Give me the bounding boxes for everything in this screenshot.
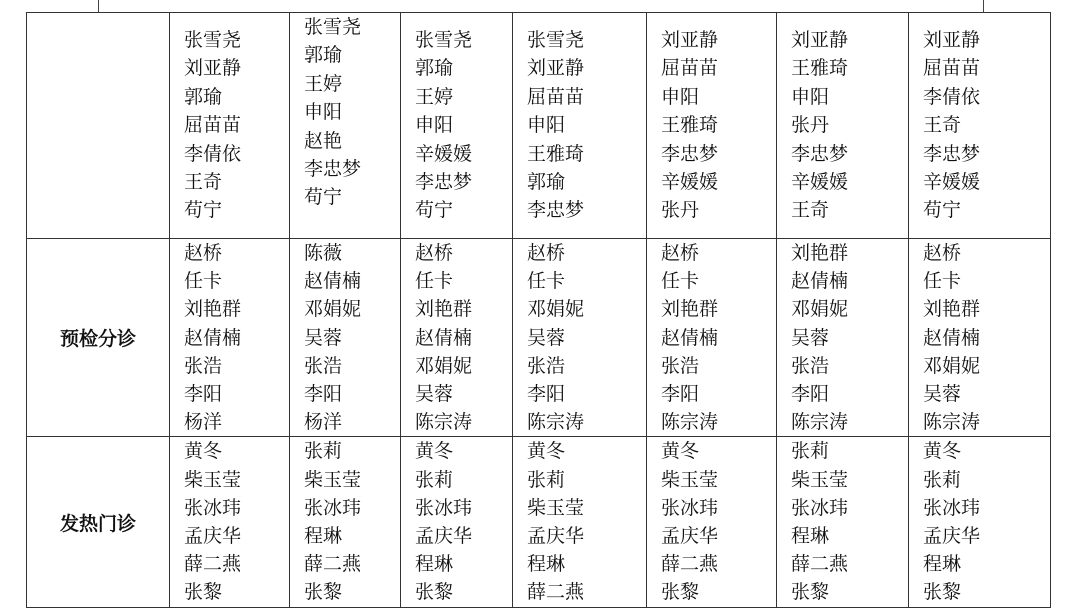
staff-name: 程琳 (527, 550, 646, 578)
staff-name: 刘亚静 (923, 26, 1050, 54)
staff-name: 赵倩楠 (661, 324, 776, 352)
staff-name: 李忠梦 (923, 140, 1050, 168)
staff-name: 赵倩楠 (415, 324, 512, 352)
staff-name: 程琳 (415, 550, 512, 578)
staff-name: 程琳 (791, 522, 908, 550)
staff-name: 陈宗涛 (923, 408, 1050, 436)
name-list: 张莉柴玉莹张冰玮程琳薛二燕张黎 (777, 437, 908, 606)
staff-name: 黄冬 (184, 437, 289, 465)
staff-name: 屈苗苗 (661, 54, 776, 82)
staff-name: 王奇 (791, 196, 908, 224)
staff-name: 屈苗苗 (184, 111, 289, 139)
staff-name: 柴玉莹 (791, 466, 908, 494)
staff-name: 邓娟妮 (791, 295, 908, 323)
staff-name: 薛二燕 (527, 578, 646, 606)
staff-name: 陈薇 (304, 239, 400, 267)
staff-name: 赵倩楠 (923, 324, 1050, 352)
schedule-cell: 黄冬张莉柴玉莹孟庆华程琳薛二燕 (513, 437, 647, 608)
staff-name: 辛媛媛 (661, 168, 776, 196)
staff-name: 孟庆华 (184, 522, 289, 550)
staff-name: 吴蓉 (791, 324, 908, 352)
schedule-cell: 张雪尧郭瑜王婷申阳辛媛媛李忠梦苟宁 (401, 13, 513, 239)
staff-name: 张莉 (527, 466, 646, 494)
staff-name: 李忠梦 (661, 140, 776, 168)
schedule-cell: 张雪尧刘亚静郭瑜屈苗苗李倩依王奇苟宁 (170, 13, 290, 239)
staff-name: 刘艳群 (791, 239, 908, 267)
staff-name: 李阳 (184, 380, 289, 408)
staff-name: 刘艳群 (923, 295, 1050, 323)
name-list: 刘艳群赵倩楠邓娟妮吴蓉张浩李阳陈宗涛 (777, 239, 908, 436)
staff-name: 李忠梦 (527, 196, 646, 224)
staff-name: 任卡 (661, 267, 776, 295)
staff-name: 张雪尧 (415, 26, 512, 54)
staff-name: 孟庆华 (415, 522, 512, 550)
staff-name: 苟宁 (304, 183, 400, 211)
staff-name: 赵艳 (304, 127, 400, 155)
schedule-cell: 黄冬柴玉莹张冰玮孟庆华薛二燕张黎 (647, 437, 777, 608)
schedule-cell: 黄冬柴玉莹张冰玮孟庆华薛二燕张黎 (170, 437, 290, 608)
schedule-cell: 张莉柴玉莹张冰玮程琳薛二燕张黎 (290, 437, 401, 608)
staff-name: 柴玉莹 (304, 466, 400, 494)
schedule-cell: 刘亚静屈苗苗申阳王雅琦李忠梦辛媛媛张丹 (647, 13, 777, 239)
staff-name: 薛二燕 (661, 550, 776, 578)
schedule-cell: 赵桥任卡刘艳群赵倩楠邓娟妮吴蓉陈宗涛 (909, 239, 1051, 437)
staff-name: 黄冬 (415, 437, 512, 465)
staff-name: 辛媛媛 (415, 140, 512, 168)
staff-name: 申阳 (527, 111, 646, 139)
top-border-line-right (983, 0, 984, 12)
staff-name: 赵倩楠 (184, 324, 289, 352)
staff-name: 李阳 (527, 380, 646, 408)
staff-name: 张雪尧 (304, 13, 400, 41)
staff-name: 李阳 (791, 380, 908, 408)
staff-name: 申阳 (661, 83, 776, 111)
name-list: 陈薇赵倩楠邓娟妮吴蓉张浩李阳杨洋 (290, 239, 400, 436)
staff-name: 张冰玮 (923, 494, 1050, 522)
schedule-cell: 赵桥任卡刘艳群赵倩楠邓娟妮吴蓉陈宗涛 (401, 239, 513, 437)
staff-name: 黄冬 (923, 437, 1050, 465)
name-list: 黄冬张莉柴玉莹孟庆华程琳薛二燕 (513, 437, 646, 606)
staff-name: 王雅琦 (661, 111, 776, 139)
name-list: 赵桥任卡刘艳群赵倩楠张浩李阳杨洋 (170, 239, 289, 436)
staff-name: 刘艳群 (184, 295, 289, 323)
staff-name: 刘亚静 (791, 26, 908, 54)
staff-name: 孟庆华 (661, 522, 776, 550)
staff-name: 程琳 (923, 550, 1050, 578)
staff-name: 张黎 (304, 578, 400, 606)
staff-name: 李忠梦 (791, 140, 908, 168)
staff-name: 赵桥 (527, 239, 646, 267)
name-list: 赵桥任卡刘艳群赵倩楠邓娟妮吴蓉陈宗涛 (401, 239, 512, 436)
staff-name: 屈苗苗 (527, 83, 646, 111)
staff-name: 赵倩楠 (304, 267, 400, 295)
staff-name: 张冰玮 (415, 494, 512, 522)
schedule-cell: 刘艳群赵倩楠邓娟妮吴蓉张浩李阳陈宗涛 (777, 239, 909, 437)
name-list: 黄冬柴玉莹张冰玮孟庆华薛二燕张黎 (647, 437, 776, 606)
name-list: 黄冬张莉张冰玮孟庆华程琳张黎 (401, 437, 512, 606)
name-list: 赵桥任卡刘艳群赵倩楠邓娟妮吴蓉陈宗涛 (909, 239, 1050, 436)
staff-name: 吴蓉 (304, 324, 400, 352)
staff-name: 张黎 (791, 578, 908, 606)
staff-name: 张莉 (415, 466, 512, 494)
staff-name: 张冰玮 (661, 494, 776, 522)
staff-name: 邓娟妮 (415, 352, 512, 380)
staff-name: 张浩 (527, 352, 646, 380)
schedule-row: 张雪尧刘亚静郭瑜屈苗苗李倩依王奇苟宁张雪尧郭瑜王婷申阳赵艳李忠梦苟宁张雪尧郭瑜王… (27, 13, 1051, 239)
schedule-cell: 赵桥任卡邓娟妮吴蓉张浩李阳陈宗涛 (513, 239, 647, 437)
staff-name: 赵桥 (661, 239, 776, 267)
staff-name: 张莉 (304, 437, 400, 465)
staff-name: 李阳 (661, 380, 776, 408)
staff-name: 郭瑜 (304, 41, 400, 69)
name-list: 赵桥任卡邓娟妮吴蓉张浩李阳陈宗涛 (513, 239, 646, 436)
staff-name: 王婷 (304, 70, 400, 98)
staff-name: 张莉 (923, 466, 1050, 494)
staff-name: 邓娟妮 (304, 295, 400, 323)
staff-name: 程琳 (304, 522, 400, 550)
staff-name: 邓娟妮 (527, 295, 646, 323)
staff-name: 吴蓉 (415, 380, 512, 408)
staff-name: 任卡 (415, 267, 512, 295)
staff-name: 杨洋 (184, 408, 289, 436)
row-label: 预检分诊 (27, 239, 170, 437)
staff-name: 刘亚静 (527, 54, 646, 82)
staff-name: 孟庆华 (923, 522, 1050, 550)
top-border-line-left (98, 0, 99, 12)
staff-name: 王奇 (184, 168, 289, 196)
staff-name: 郭瑜 (527, 168, 646, 196)
schedule-cell: 张莉柴玉莹张冰玮程琳薛二燕张黎 (777, 437, 909, 608)
staff-name: 郭瑜 (415, 54, 512, 82)
staff-name: 赵桥 (415, 239, 512, 267)
schedule-cell: 黄冬张莉张冰玮孟庆华程琳张黎 (909, 437, 1051, 608)
staff-name: 柴玉莹 (527, 494, 646, 522)
staff-name: 王奇 (923, 111, 1050, 139)
schedule-cell: 刘亚静王雅琦申阳张丹李忠梦辛媛媛王奇 (777, 13, 909, 239)
staff-name: 辛媛媛 (791, 168, 908, 196)
staff-name: 张浩 (304, 352, 400, 380)
schedule-cell: 赵桥任卡刘艳群赵倩楠张浩李阳陈宗涛 (647, 239, 777, 437)
staff-name: 张浩 (791, 352, 908, 380)
staff-name: 刘艳群 (415, 295, 512, 323)
staff-name: 张丹 (791, 111, 908, 139)
name-list: 刘亚静王雅琦申阳张丹李忠梦辛媛媛王奇 (777, 13, 908, 225)
staff-name: 杨洋 (304, 408, 400, 436)
staff-name: 薛二燕 (791, 550, 908, 578)
staff-name: 苟宁 (184, 196, 289, 224)
staff-name: 赵桥 (923, 239, 1050, 267)
staff-name: 辛媛媛 (923, 168, 1050, 196)
staff-name: 苟宁 (415, 196, 512, 224)
name-list: 张雪尧郭瑜王婷申阳辛媛媛李忠梦苟宁 (401, 13, 512, 225)
staff-name: 柴玉莹 (184, 466, 289, 494)
staff-name: 张浩 (184, 352, 289, 380)
staff-name: 陈宗涛 (791, 408, 908, 436)
staff-name: 苟宁 (923, 196, 1050, 224)
staff-name: 王婷 (415, 83, 512, 111)
name-list: 张雪尧刘亚静屈苗苗申阳王雅琦郭瑜李忠梦 (513, 13, 646, 225)
staff-name: 陈宗涛 (415, 408, 512, 436)
schedule-row: 预检分诊赵桥任卡刘艳群赵倩楠张浩李阳杨洋陈薇赵倩楠邓娟妮吴蓉张浩李阳杨洋赵桥任卡… (27, 239, 1051, 437)
row-label (27, 13, 170, 239)
name-list: 张雪尧刘亚静郭瑜屈苗苗李倩依王奇苟宁 (170, 13, 289, 225)
name-list: 黄冬张莉张冰玮孟庆华程琳张黎 (909, 437, 1050, 606)
schedule-cell: 赵桥任卡刘艳群赵倩楠张浩李阳杨洋 (170, 239, 290, 437)
staff-name: 张雪尧 (184, 26, 289, 54)
row-label: 发热门诊 (27, 437, 170, 608)
staff-name: 柴玉莹 (661, 466, 776, 494)
staff-name: 张黎 (415, 578, 512, 606)
staff-name: 张莉 (791, 437, 908, 465)
staff-name: 邓娟妮 (923, 352, 1050, 380)
staff-name: 张丹 (661, 196, 776, 224)
name-list: 赵桥任卡刘艳群赵倩楠张浩李阳陈宗涛 (647, 239, 776, 436)
staff-name: 任卡 (184, 267, 289, 295)
staff-name: 申阳 (415, 111, 512, 139)
staff-name: 张黎 (923, 578, 1050, 606)
schedule-table: 张雪尧刘亚静郭瑜屈苗苗李倩依王奇苟宁张雪尧郭瑜王婷申阳赵艳李忠梦苟宁张雪尧郭瑜王… (26, 12, 1051, 608)
staff-name: 李倩依 (184, 140, 289, 168)
schedule-cell: 黄冬张莉张冰玮孟庆华程琳张黎 (401, 437, 513, 608)
staff-name: 李倩依 (923, 83, 1050, 111)
staff-name: 张雪尧 (527, 26, 646, 54)
staff-name: 任卡 (527, 267, 646, 295)
staff-name: 李忠梦 (415, 168, 512, 196)
staff-name: 赵桥 (184, 239, 289, 267)
staff-name: 申阳 (304, 98, 400, 126)
staff-name: 刘亚静 (184, 54, 289, 82)
schedule-cell: 陈薇赵倩楠邓娟妮吴蓉张浩李阳杨洋 (290, 239, 401, 437)
name-list: 刘亚静屈苗苗李倩依王奇李忠梦辛媛媛苟宁 (909, 13, 1050, 225)
schedule-cell: 刘亚静屈苗苗李倩依王奇李忠梦辛媛媛苟宁 (909, 13, 1051, 239)
staff-name: 张冰玮 (791, 494, 908, 522)
staff-name: 黄冬 (527, 437, 646, 465)
staff-name: 任卡 (923, 267, 1050, 295)
staff-name: 陈宗涛 (661, 408, 776, 436)
staff-name: 张黎 (184, 578, 289, 606)
staff-name: 张黎 (661, 578, 776, 606)
schedule-row: 发热门诊黄冬柴玉莹张冰玮孟庆华薛二燕张黎张莉柴玉莹张冰玮程琳薛二燕张黎黄冬张莉张… (27, 437, 1051, 608)
staff-name: 吴蓉 (527, 324, 646, 352)
staff-name: 薛二燕 (184, 550, 289, 578)
schedule-cell: 张雪尧郭瑜王婷申阳赵艳李忠梦苟宁 (290, 13, 401, 239)
staff-name: 王雅琦 (791, 54, 908, 82)
name-list: 张雪尧郭瑜王婷申阳赵艳李忠梦苟宁 (290, 13, 400, 212)
staff-name: 张浩 (661, 352, 776, 380)
staff-name: 赵倩楠 (791, 267, 908, 295)
staff-name: 陈宗涛 (527, 408, 646, 436)
schedule-cell: 张雪尧刘亚静屈苗苗申阳王雅琦郭瑜李忠梦 (513, 13, 647, 239)
name-list: 刘亚静屈苗苗申阳王雅琦李忠梦辛媛媛张丹 (647, 13, 776, 225)
staff-name: 黄冬 (661, 437, 776, 465)
staff-name: 李阳 (304, 380, 400, 408)
staff-name: 孟庆华 (527, 522, 646, 550)
staff-name: 王雅琦 (527, 140, 646, 168)
staff-name: 李忠梦 (304, 155, 400, 183)
name-list: 张莉柴玉莹张冰玮程琳薛二燕张黎 (290, 437, 400, 606)
staff-name: 张冰玮 (184, 494, 289, 522)
staff-name: 薛二燕 (304, 550, 400, 578)
staff-name: 申阳 (791, 83, 908, 111)
staff-name: 屈苗苗 (923, 54, 1050, 82)
staff-name: 郭瑜 (184, 83, 289, 111)
staff-name: 吴蓉 (923, 380, 1050, 408)
staff-name: 刘亚静 (661, 26, 776, 54)
staff-name: 张冰玮 (304, 494, 400, 522)
name-list: 黄冬柴玉莹张冰玮孟庆华薛二燕张黎 (170, 437, 289, 606)
staff-name: 刘艳群 (661, 295, 776, 323)
